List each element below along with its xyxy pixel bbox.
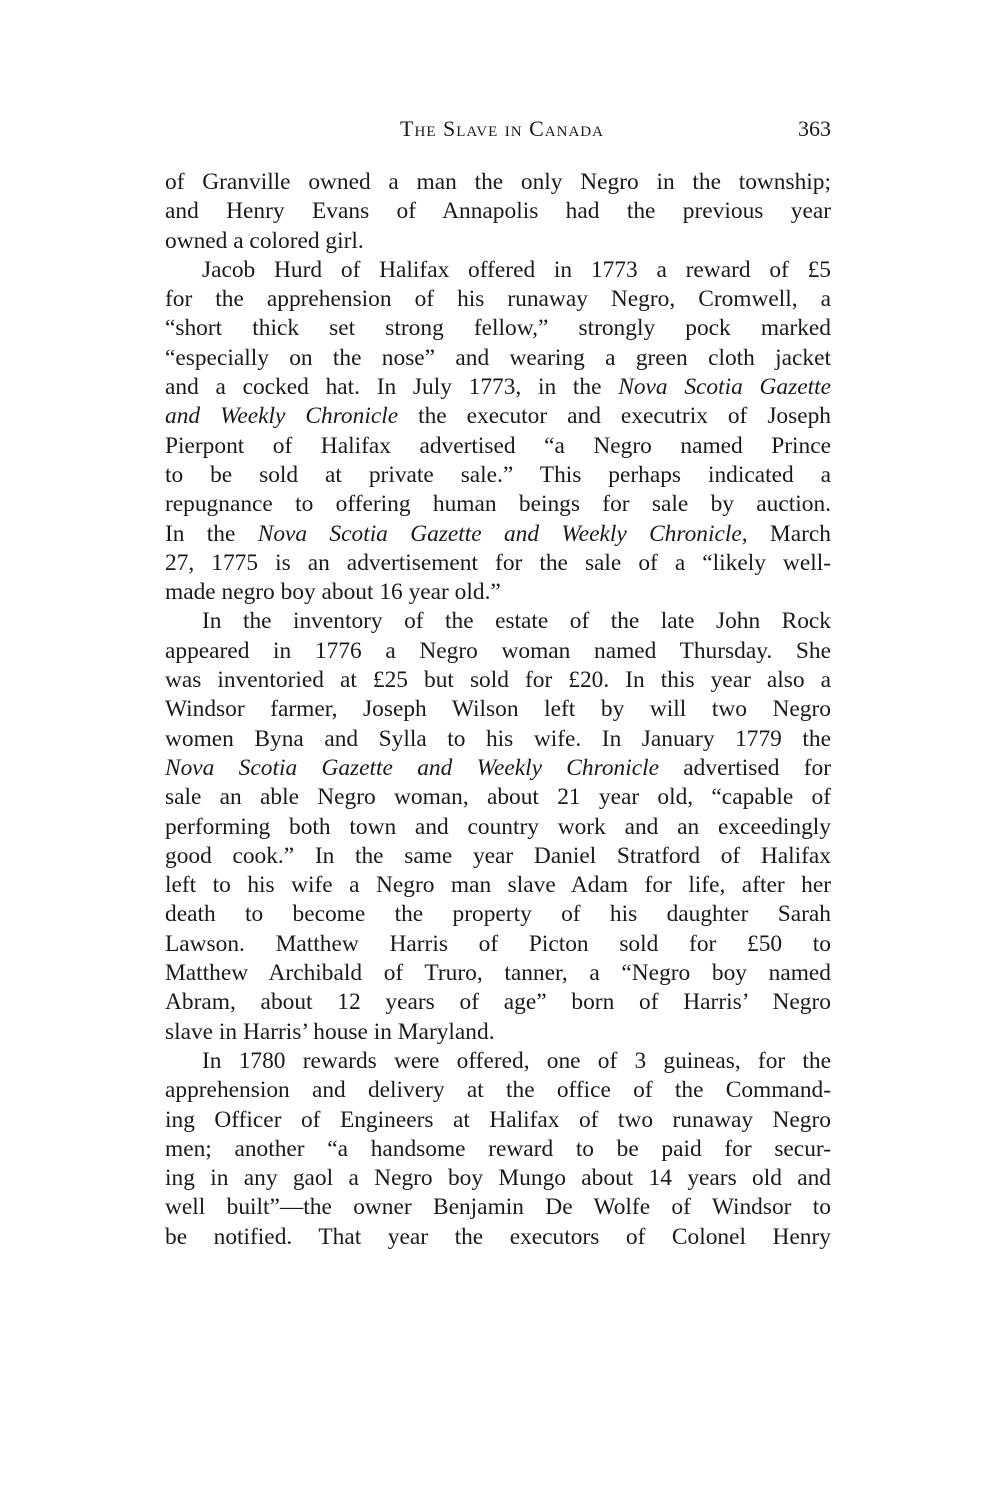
- text-line: slave in Harris’ house in Maryland.: [165, 1018, 831, 1047]
- text-run: Pierpont of Halifax advertised “a Negro …: [165, 433, 831, 459]
- italic-title: Nova Scotia Gazette: [618, 374, 831, 400]
- text-line: to be sold at private sale.” This perhap…: [165, 461, 831, 490]
- text-run: for the apprehension of his runaway Negr…: [165, 286, 831, 312]
- text-line: Lawson. Matthew Harris of Picton sold fo…: [165, 930, 831, 959]
- text-line: “short thick set strong fellow,” strongl…: [165, 314, 831, 343]
- text-run: death to become the property of his daug…: [165, 901, 831, 927]
- text-run: “especially on the nose” and wearing a g…: [165, 345, 831, 371]
- text-run: slave in Harris’ house in Maryland.: [165, 1019, 495, 1045]
- text-run: ing Officer of Engineers at Halifax of t…: [165, 1107, 831, 1133]
- text-line: owned a colored girl.: [165, 227, 831, 256]
- text-run: sale an able Negro woman, about 21 year …: [165, 784, 831, 810]
- text-line: 27, 1775 is an advertisement for the sal…: [165, 549, 831, 578]
- text-line: left to his wife a Negro man slave Adam …: [165, 871, 831, 900]
- text-run: appeared in 1776 a Negro woman named Thu…: [165, 638, 831, 664]
- body-text: of Granville owned a man the only Negro …: [165, 168, 831, 1252]
- book-page: The Slave in Canada 363 of Granville own…: [165, 112, 831, 1252]
- text-line: and Henry Evans of Annapolis had the pre…: [165, 197, 831, 226]
- text-line: Windsor farmer, Joseph Wilson left by wi…: [165, 695, 831, 724]
- text-line: well built”—the owner Benjamin De Wolfe …: [165, 1193, 831, 1222]
- page-number: 363: [798, 112, 831, 146]
- text-line: ing in any gaol a Negro boy Mungo about …: [165, 1164, 831, 1193]
- text-line: In the Nova Scotia Gazette and Weekly Ch…: [165, 520, 831, 549]
- text-line: Matthew Archibald of Truro, tanner, a “N…: [165, 959, 831, 988]
- text-line: Pierpont of Halifax advertised “a Negro …: [165, 432, 831, 461]
- text-run: 27, 1775 is an advertisement for the sal…: [165, 550, 831, 576]
- running-title: The Slave in Canada: [165, 112, 831, 146]
- text-line: be notified. That year the executors of …: [165, 1223, 831, 1252]
- text-line: Nova Scotia Gazette and Weekly Chronicle…: [165, 754, 831, 783]
- text-line: sale an able Negro woman, about 21 year …: [165, 783, 831, 812]
- text-run: Lawson. Matthew Harris of Picton sold fo…: [165, 931, 831, 957]
- text-run: apprehension and delivery at the office …: [165, 1077, 831, 1103]
- text-run: be notified. That year the executors of …: [165, 1224, 831, 1250]
- text-run: ing in any gaol a Negro boy Mungo about …: [165, 1165, 831, 1191]
- text-line: and a cocked hat. In July 1773, in the N…: [165, 373, 831, 402]
- text-run: repugnance to offering human beings for …: [165, 491, 831, 517]
- text-run: Abram, about 12 years of age” born of Ha…: [165, 989, 831, 1015]
- text-line: ing Officer of Engineers at Halifax of t…: [165, 1106, 831, 1135]
- paragraph: Jacob Hurd of Halifax offered in 1773 a …: [165, 256, 831, 608]
- text-line: of Granville owned a man the only Negro …: [165, 168, 831, 197]
- text-line: was inventoried at £25 but sold for £20.…: [165, 666, 831, 695]
- text-run: In the: [165, 521, 258, 547]
- text-run: In 1780 rewards were offered, one of 3 g…: [202, 1048, 831, 1074]
- italic-title: Nova Scotia Gazette and Weekly Chronicle…: [258, 521, 748, 547]
- text-run: “short thick set strong fellow,” strongl…: [165, 315, 831, 341]
- text-run: made negro boy about 16 year old.”: [165, 579, 501, 605]
- text-line: men; another “a handsome reward to be pa…: [165, 1135, 831, 1164]
- text-run: owned a colored girl.: [165, 228, 364, 254]
- text-line: made negro boy about 16 year old.”: [165, 578, 831, 607]
- text-line: performing both town and country work an…: [165, 813, 831, 842]
- italic-title: and Weekly Chronicle: [165, 403, 398, 429]
- paragraph: of Granville owned a man the only Negro …: [165, 168, 831, 256]
- paragraph: In the inventory of the estate of the la…: [165, 607, 831, 1046]
- text-run: men; another “a handsome reward to be pa…: [165, 1136, 831, 1162]
- text-run: March: [748, 521, 831, 547]
- text-run: well built”—the owner Benjamin De Wolfe …: [165, 1194, 831, 1220]
- text-run: Matthew Archibald of Truro, tanner, a “N…: [165, 960, 831, 986]
- text-line: death to become the property of his daug…: [165, 900, 831, 929]
- text-run: and a cocked hat. In July 1773, in the: [165, 374, 618, 400]
- text-line: apprehension and delivery at the office …: [165, 1076, 831, 1105]
- text-run: of Granville owned a man the only Negro …: [165, 169, 831, 195]
- running-head: The Slave in Canada 363: [165, 112, 831, 146]
- text-run: was inventoried at £25 but sold for £20.…: [165, 667, 831, 693]
- text-line: “especially on the nose” and wearing a g…: [165, 344, 831, 373]
- text-run: women Byna and Sylla to his wife. In Jan…: [165, 726, 831, 752]
- text-line: Jacob Hurd of Halifax offered in 1773 a …: [165, 256, 831, 285]
- text-line: repugnance to offering human beings for …: [165, 490, 831, 519]
- paragraph: In 1780 rewards were offered, one of 3 g…: [165, 1047, 831, 1252]
- text-run: Windsor farmer, Joseph Wilson left by wi…: [165, 696, 831, 722]
- text-run: good cook.” In the same year Daniel Stra…: [165, 843, 831, 869]
- text-line: and Weekly Chronicle the executor and ex…: [165, 402, 831, 431]
- text-run: performing both town and country work an…: [165, 814, 831, 840]
- text-line: In 1780 rewards were offered, one of 3 g…: [165, 1047, 831, 1076]
- text-line: women Byna and Sylla to his wife. In Jan…: [165, 725, 831, 754]
- text-run: advertised for: [659, 755, 831, 781]
- text-run: In the inventory of the estate of the la…: [202, 608, 831, 634]
- text-line: appeared in 1776 a Negro woman named Thu…: [165, 637, 831, 666]
- text-line: Abram, about 12 years of age” born of Ha…: [165, 988, 831, 1017]
- italic-title: Nova Scotia Gazette and Weekly Chronicle: [165, 755, 659, 781]
- text-line: good cook.” In the same year Daniel Stra…: [165, 842, 831, 871]
- text-line: for the apprehension of his runaway Negr…: [165, 285, 831, 314]
- text-run: the executor and executrix of Joseph: [398, 403, 831, 429]
- text-run: left to his wife a Negro man slave Adam …: [165, 872, 831, 898]
- text-run: to be sold at private sale.” This perhap…: [165, 462, 831, 488]
- text-run: and Henry Evans of Annapolis had the pre…: [165, 198, 831, 224]
- text-line: In the inventory of the estate of the la…: [165, 607, 831, 636]
- text-run: Jacob Hurd of Halifax offered in 1773 a …: [202, 257, 831, 283]
